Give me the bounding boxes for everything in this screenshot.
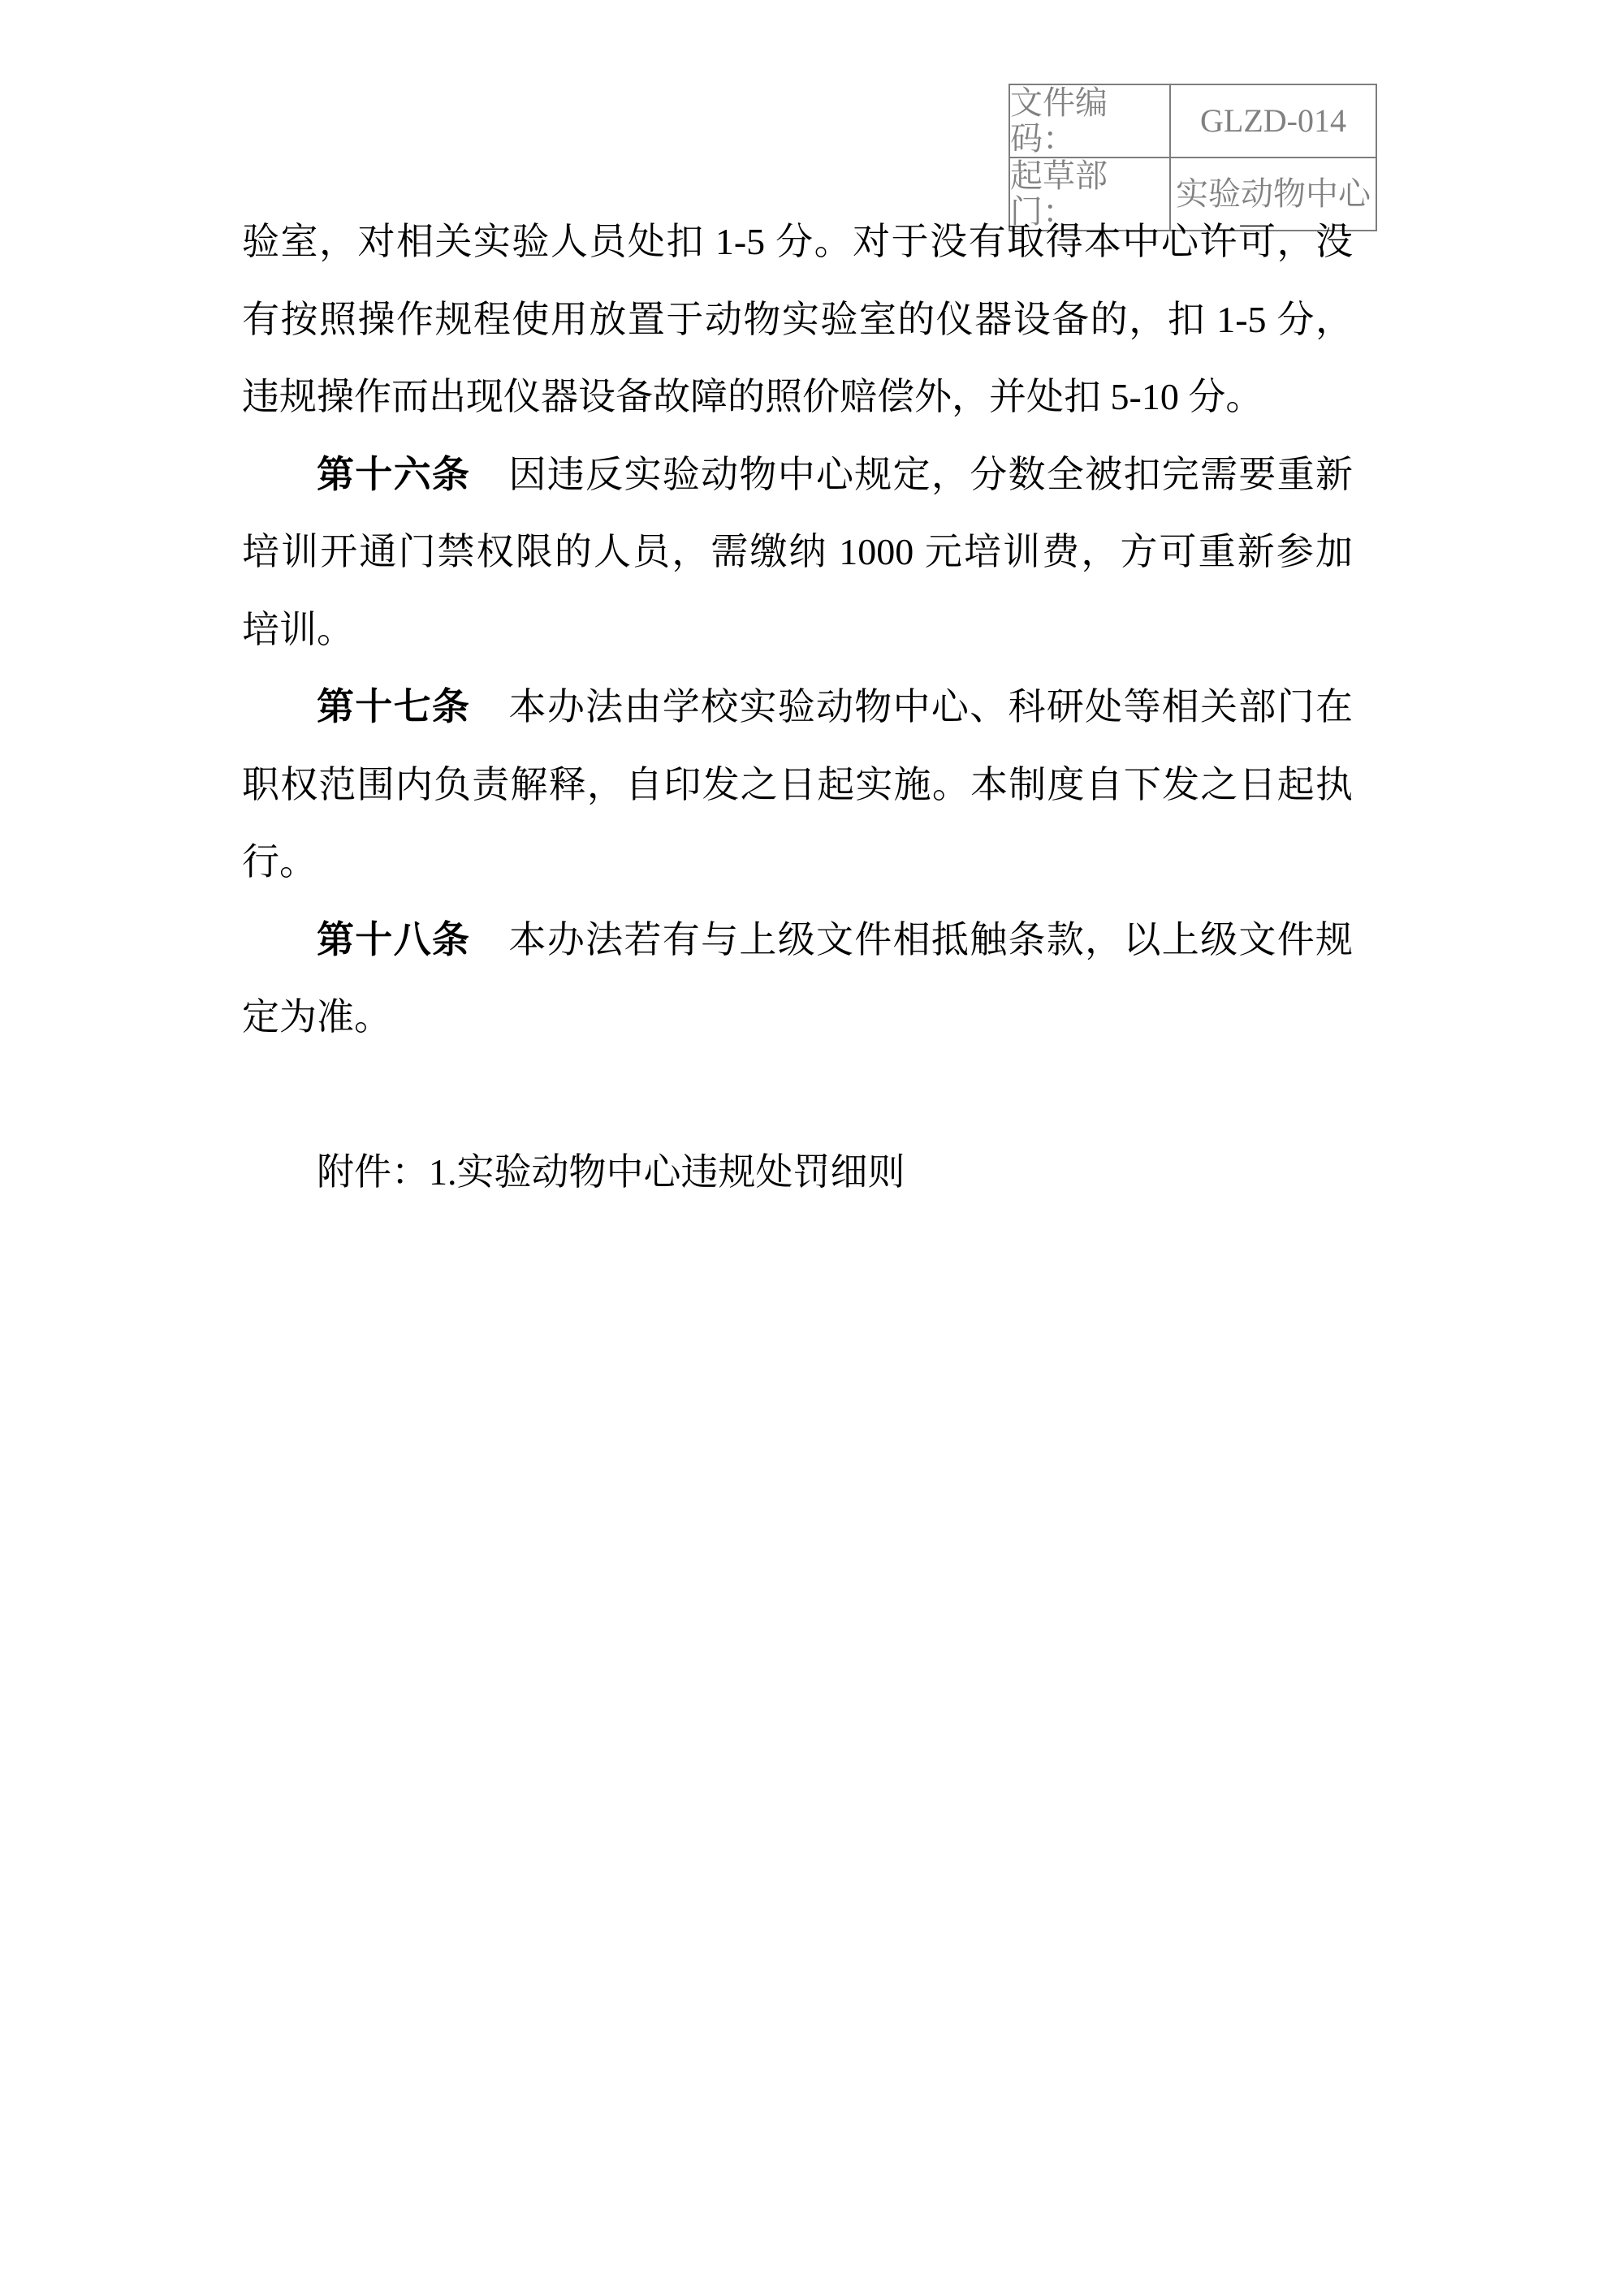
clause-number: 第十八条	[317, 919, 470, 960]
blank-line	[242, 1056, 1353, 1134]
text-line: 培训开通门禁权限的人员，需缴纳 1000 元培训费，方可重新参加	[242, 513, 1353, 591]
clause-number: 第十七条	[317, 686, 470, 727]
text-line: 定为准。	[242, 978, 1353, 1056]
text-line: 第十八条 本办法若有与上级文件相抵触条款，以上级文件规	[242, 901, 1353, 979]
text-line: 验室，对相关实验人员处扣 1-5 分。对于没有取得本中心许可，没	[242, 203, 1353, 281]
text-line: 行。	[242, 823, 1353, 901]
text-line: 职权范围内负责解释，自印发之日起实施。本制度自下发之日起执	[242, 746, 1353, 824]
document-body: 验室，对相关实验人员处扣 1-5 分。对于没有取得本中心许可，没有按照操作规程使…	[242, 203, 1353, 1211]
text-line: 培训。	[242, 591, 1353, 669]
clause-number: 第十六条	[317, 454, 470, 495]
document-page: 文件编码： GLZD-014 起草部门： 实验动物中心 验室，对相关实验人员处扣…	[0, 0, 1624, 2296]
text-line: 附件：1.实验动物中心违规处罚细则	[242, 1133, 1353, 1211]
text-line: 违规操作而出现仪器设备故障的照价赔偿外，并处扣 5-10 分。	[242, 358, 1353, 436]
doc-code-value: GLZD-014	[1170, 84, 1376, 158]
table-row: 文件编码： GLZD-014	[1009, 84, 1376, 158]
doc-code-label: 文件编码：	[1009, 84, 1170, 158]
text-line: 第十七条 本办法由学校实验动物中心、科研处等相关部门在	[242, 668, 1353, 746]
text-line: 第十六条 因违反实验动物中心规定，分数全被扣完需要重新	[242, 436, 1353, 514]
text-line: 有按照操作规程使用放置于动物实验室的仪器设备的，扣 1-5 分，	[242, 281, 1353, 359]
